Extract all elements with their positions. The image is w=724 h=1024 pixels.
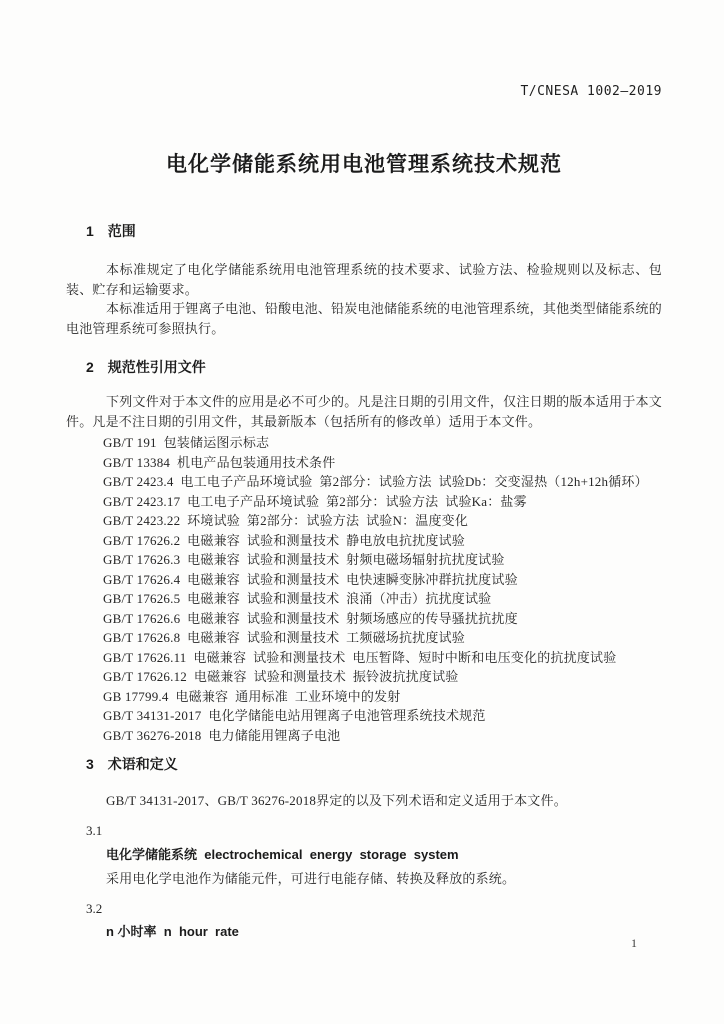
reference-item: GB/T 17626.11 电磁兼容 试验和测量技术 电压暂降、短时中断和电压变… <box>66 648 662 668</box>
reference-item: GB/T 2423.17 电工电子产品环境试验 第2部分：试验方法 试验Ka：盐… <box>66 492 662 512</box>
paragraph: 下列文件对于本文件的应用是必不可少的。凡是注日期的引用文件，仅注日期的版本适用于… <box>66 392 662 431</box>
paragraph: 本标准规定了电化学储能系统用电池管理系统的技术要求、试验方法、检验规则以及标志、… <box>66 260 662 299</box>
paragraph: 本标准适用于锂离子电池、铅酸电池、铅炭电池储能系统的电池管理系统，其他类型储能系… <box>66 299 662 338</box>
section-title: 范围 <box>108 223 136 239</box>
reference-item: GB/T 17626.4 电磁兼容 试验和测量技术 电快速瞬变脉冲群抗扰度试验 <box>66 570 662 590</box>
term-name: n 小时率 n hour rate <box>66 922 662 941</box>
section-title: 术语和定义 <box>108 756 178 772</box>
term-number: 3.1 <box>66 821 662 840</box>
document-title: 电化学储能系统用电池管理系统技术规范 <box>66 150 662 180</box>
reference-item: GB/T 17626.5 电磁兼容 试验和测量技术 浪涌（冲击）抗扰度试验 <box>66 589 662 609</box>
section-number: 1 <box>86 222 94 240</box>
references-list: GB/T 191 包装储运图示标志 GB/T 13384 机电产品包装通用技术条… <box>66 433 662 745</box>
page-number: 1 <box>631 936 637 951</box>
section-3-heading: 3术语和定义 <box>66 755 662 773</box>
reference-item: GB/T 17626.12 电磁兼容 试验和测量技术 振铃波抗扰度试验 <box>66 667 662 687</box>
section-1-body: 本标准规定了电化学储能系统用电池管理系统的技术要求、试验方法、检验规则以及标志、… <box>66 260 662 338</box>
reference-item: GB/T 17626.8 电磁兼容 试验和测量技术 工频磁场抗扰度试验 <box>66 628 662 648</box>
reference-item: GB/T 17626.6 电磁兼容 试验和测量技术 射频场感应的传导骚扰抗扰度 <box>66 609 662 629</box>
term-number: 3.2 <box>66 899 662 918</box>
reference-item: GB/T 191 包装储运图示标志 <box>66 433 662 453</box>
reference-item: GB/T 17626.3 电磁兼容 试验和测量技术 射频电磁场辐射抗扰度试验 <box>66 550 662 570</box>
section-2-heading: 2规范性引用文件 <box>66 358 662 376</box>
reference-item: GB/T 2423.4 电工电子产品环境试验 第2部分：试验方法 试验Db：交变… <box>66 472 662 492</box>
reference-item: GB/T 2423.22 环境试验 第2部分：试验方法 试验N：温度变化 <box>66 511 662 531</box>
section-1-heading: 1范围 <box>66 222 662 240</box>
section-number: 2 <box>86 358 94 376</box>
reference-item: GB/T 34131-2017 电化学储能电站用锂离子电池管理系统技术规范 <box>66 706 662 726</box>
term-name: 电化学储能系统 electrochemical energy storage s… <box>66 845 662 864</box>
doc-number: T/CNESA 1002—2019 <box>66 84 662 100</box>
term-definition: 采用电化学电池作为储能元件，可进行电能存储、转换及释放的系统。 <box>66 869 662 888</box>
reference-item: GB 17799.4 电磁兼容 通用标准 工业环境中的发射 <box>66 687 662 707</box>
section-title: 规范性引用文件 <box>108 359 206 375</box>
section-number: 3 <box>86 755 94 773</box>
reference-item: GB/T 13384 机电产品包装通用技术条件 <box>66 453 662 473</box>
reference-item: GB/T 17626.2 电磁兼容 试验和测量技术 静电放电抗扰度试验 <box>66 531 662 551</box>
document-page: T/CNESA 1002—2019 电化学储能系统用电池管理系统技术规范 1范围… <box>0 0 724 1024</box>
paragraph: GB/T 34131-2017、GB/T 36276-2018界定的以及下列术语… <box>66 791 662 811</box>
reference-item: GB/T 36276-2018 电力储能用锂离子电池 <box>66 726 662 746</box>
